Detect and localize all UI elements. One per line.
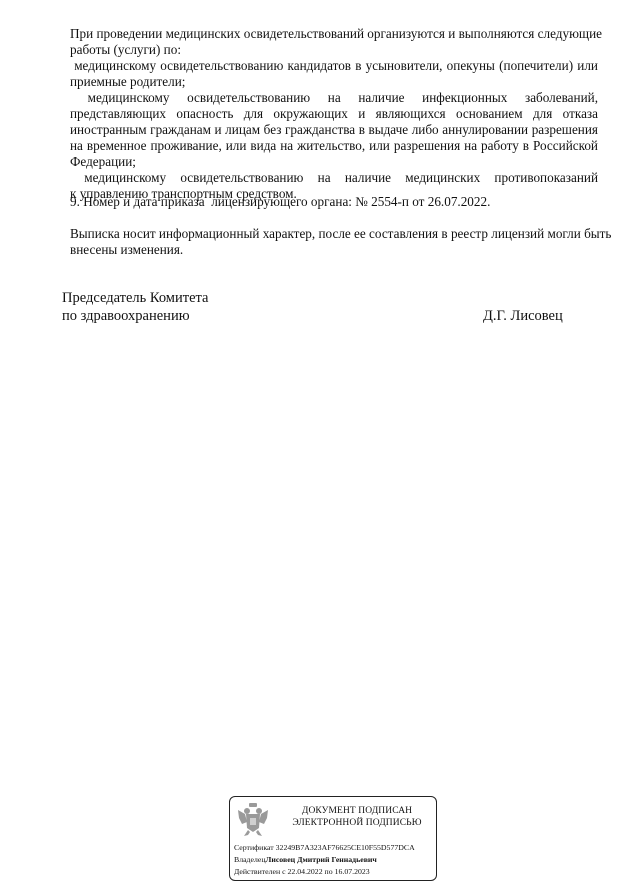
text-line: иностранным гражданам и лицам без гражда… bbox=[70, 122, 598, 138]
stamp-title-line: ЭЛЕКТРОННОЙ ПОДПИСЬЮ bbox=[282, 817, 432, 829]
text-line: работы (услуги) по: bbox=[70, 42, 598, 58]
owner-label: Владелец bbox=[234, 855, 266, 864]
position-line: Председатель Комитета bbox=[62, 289, 208, 307]
text-line: Выписка носит информационный характер, п… bbox=[70, 226, 598, 242]
validity-line: Действителен с 22.04.2022 по 16.07.2023 bbox=[234, 867, 370, 877]
certificate-label: Сертификат bbox=[234, 843, 274, 852]
signatory-name: Д.Г. Лисовец bbox=[483, 307, 563, 325]
text-line: 9. Номер и дата приказа лицензирующего о… bbox=[70, 194, 598, 210]
text-line: медицинскому освидетельствованию кандида… bbox=[70, 58, 598, 74]
signatory-position: Председатель Комитета по здравоохранению bbox=[62, 289, 208, 325]
electronic-signature-stamp: ДОКУМЕНТ ПОДПИСАН ЭЛЕКТРОННОЙ ПОДПИСЬЮ С… bbox=[229, 796, 437, 881]
position-line: по здравоохранению bbox=[62, 307, 208, 325]
certificate-value: 32249B7A323AF76625CE10F55D577DCA bbox=[276, 843, 415, 852]
text-line: на временное проживание, или вида на жит… bbox=[70, 138, 598, 154]
coat-of-arms-icon bbox=[236, 802, 270, 838]
text-line: Федерации; bbox=[70, 154, 598, 170]
owner-line: ВладелецЛисовец Дмитрий Геннадьевич bbox=[234, 855, 377, 865]
certificate-line: Сертификат 32249B7A323AF76625CE10F55D577… bbox=[234, 843, 415, 853]
text-line: внесены изменения. bbox=[70, 242, 598, 258]
text-line: представляющих опасность для окружающих … bbox=[70, 106, 598, 122]
text-line: При проведении медицинских освидетельств… bbox=[70, 26, 598, 42]
order-number-item: 9. Номер и дата приказа лицензирующего о… bbox=[70, 194, 598, 210]
notice-paragraph: Выписка носит информационный характер, п… bbox=[70, 226, 598, 258]
text-line: медицинскому освидетельствованию на нали… bbox=[70, 170, 598, 186]
text-line: медицинскому освидетельствованию на нали… bbox=[70, 90, 598, 106]
stamp-title: ДОКУМЕНТ ПОДПИСАН ЭЛЕКТРОННОЙ ПОДПИСЬЮ bbox=[282, 805, 432, 829]
text-line: приемные родители; bbox=[70, 74, 598, 90]
stamp-title-line: ДОКУМЕНТ ПОДПИСАН bbox=[282, 805, 432, 817]
owner-value: Лисовец Дмитрий Геннадьевич bbox=[266, 855, 377, 864]
services-paragraph: При проведении медицинских освидетельств… bbox=[70, 26, 598, 202]
